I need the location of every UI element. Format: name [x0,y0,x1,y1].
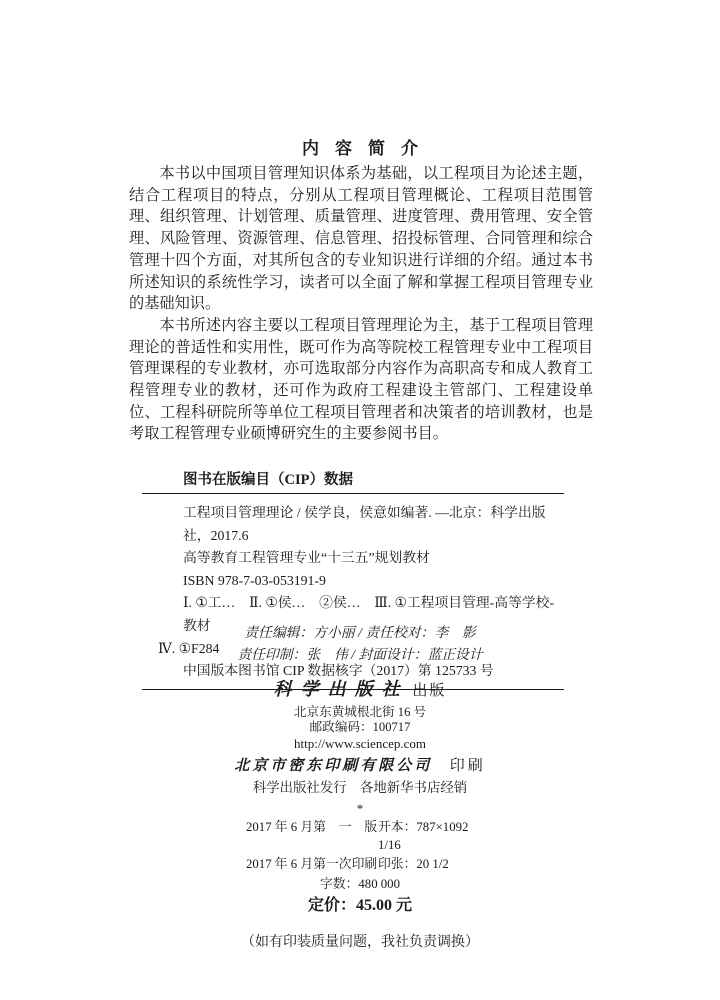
cip-header: 图书在版编目（CIP）数据 [142,468,564,489]
format-spec: 开本：787×1092 1/16 [378,819,474,854]
cip-series-line: 高等教育工程管理专业“十三五”规划教材 [142,547,564,570]
page-title: 内容简介 [0,134,720,159]
copyright-page: 内容简介 本书以中国项目管理知识体系为基础，以工程项目为论述主题，结合工程项目的… [0,0,720,1000]
publisher-address: 北京东黄城根北街 16 号 [0,705,720,720]
word-count: 字数：480 000 [0,876,720,894]
edition-date: 2017 年 6 月第 一 版 [246,819,378,854]
price-line: 定价：45.00 元 [0,896,720,916]
printer-line: 北京市密东印刷有限公司 印刷 [0,757,720,776]
printer-role-label: 印刷 [450,758,486,774]
edition-row-1: 2017 年 6 月第 一 版 开本：787×1092 1/16 [246,819,474,854]
content-summary: 本书以中国项目管理知识体系为基础，以工程项目为论述主题，结合工程项目的特点，分别… [129,163,593,445]
staff-credits: 责任编辑：方小丽 / 责任校对：李 影 责任印制：张 伟 / 封面设计：蓝正设计 [0,622,720,665]
publisher-website: http://www.sciencep.com [0,736,720,752]
cip-title-line: 工程项目管理理论 / 侯学良，侯意如编著. —北京：科学出版社，2017.6 [142,502,564,547]
publisher-role-label: 出版 [412,683,446,699]
quality-notice: （如有印装质量问题，我社负责调换） [0,931,720,951]
intro-paragraph-1: 本书以中国项目管理知识体系为基础，以工程项目为论述主题，结合工程项目的特点，分别… [129,163,593,315]
separator-asterisk: * [0,801,720,817]
isbn-line: ISBN 978-7-03-053191-9 [142,570,564,593]
printing-date: 2017 年 6 月第一次印刷 [246,856,378,874]
sheet-count: 印张：20 1/2 [378,856,474,874]
intro-paragraph-2: 本书所述内容主要以工程项目管理理论为主，基于工程项目管理理论的普适性和实用性，既… [129,315,593,445]
printer-name: 北京市密东印刷有限公司 [234,758,432,774]
imprint-block: 科学出版社 出版 北京东黄城根北街 16 号 邮政编码：100717 http:… [0,678,720,951]
publisher-logo: 科学出版社 [274,679,409,699]
print-design-credit-line: 责任印制：张 伟 / 封面设计：蓝正设计 [0,644,720,666]
edition-row-2: 2017 年 6 月第一次印刷 印张：20 1/2 [246,856,474,874]
publisher-line: 科学出版社 出版 [0,678,720,702]
distribution-line: 科学出版社发行 各地新华书店经销 [0,779,720,796]
cip-top-rule [142,493,564,494]
editor-credit-line: 责任编辑：方小丽 / 责任校对：李 影 [0,622,720,644]
publisher-postcode: 邮政编码：100717 [0,720,720,735]
